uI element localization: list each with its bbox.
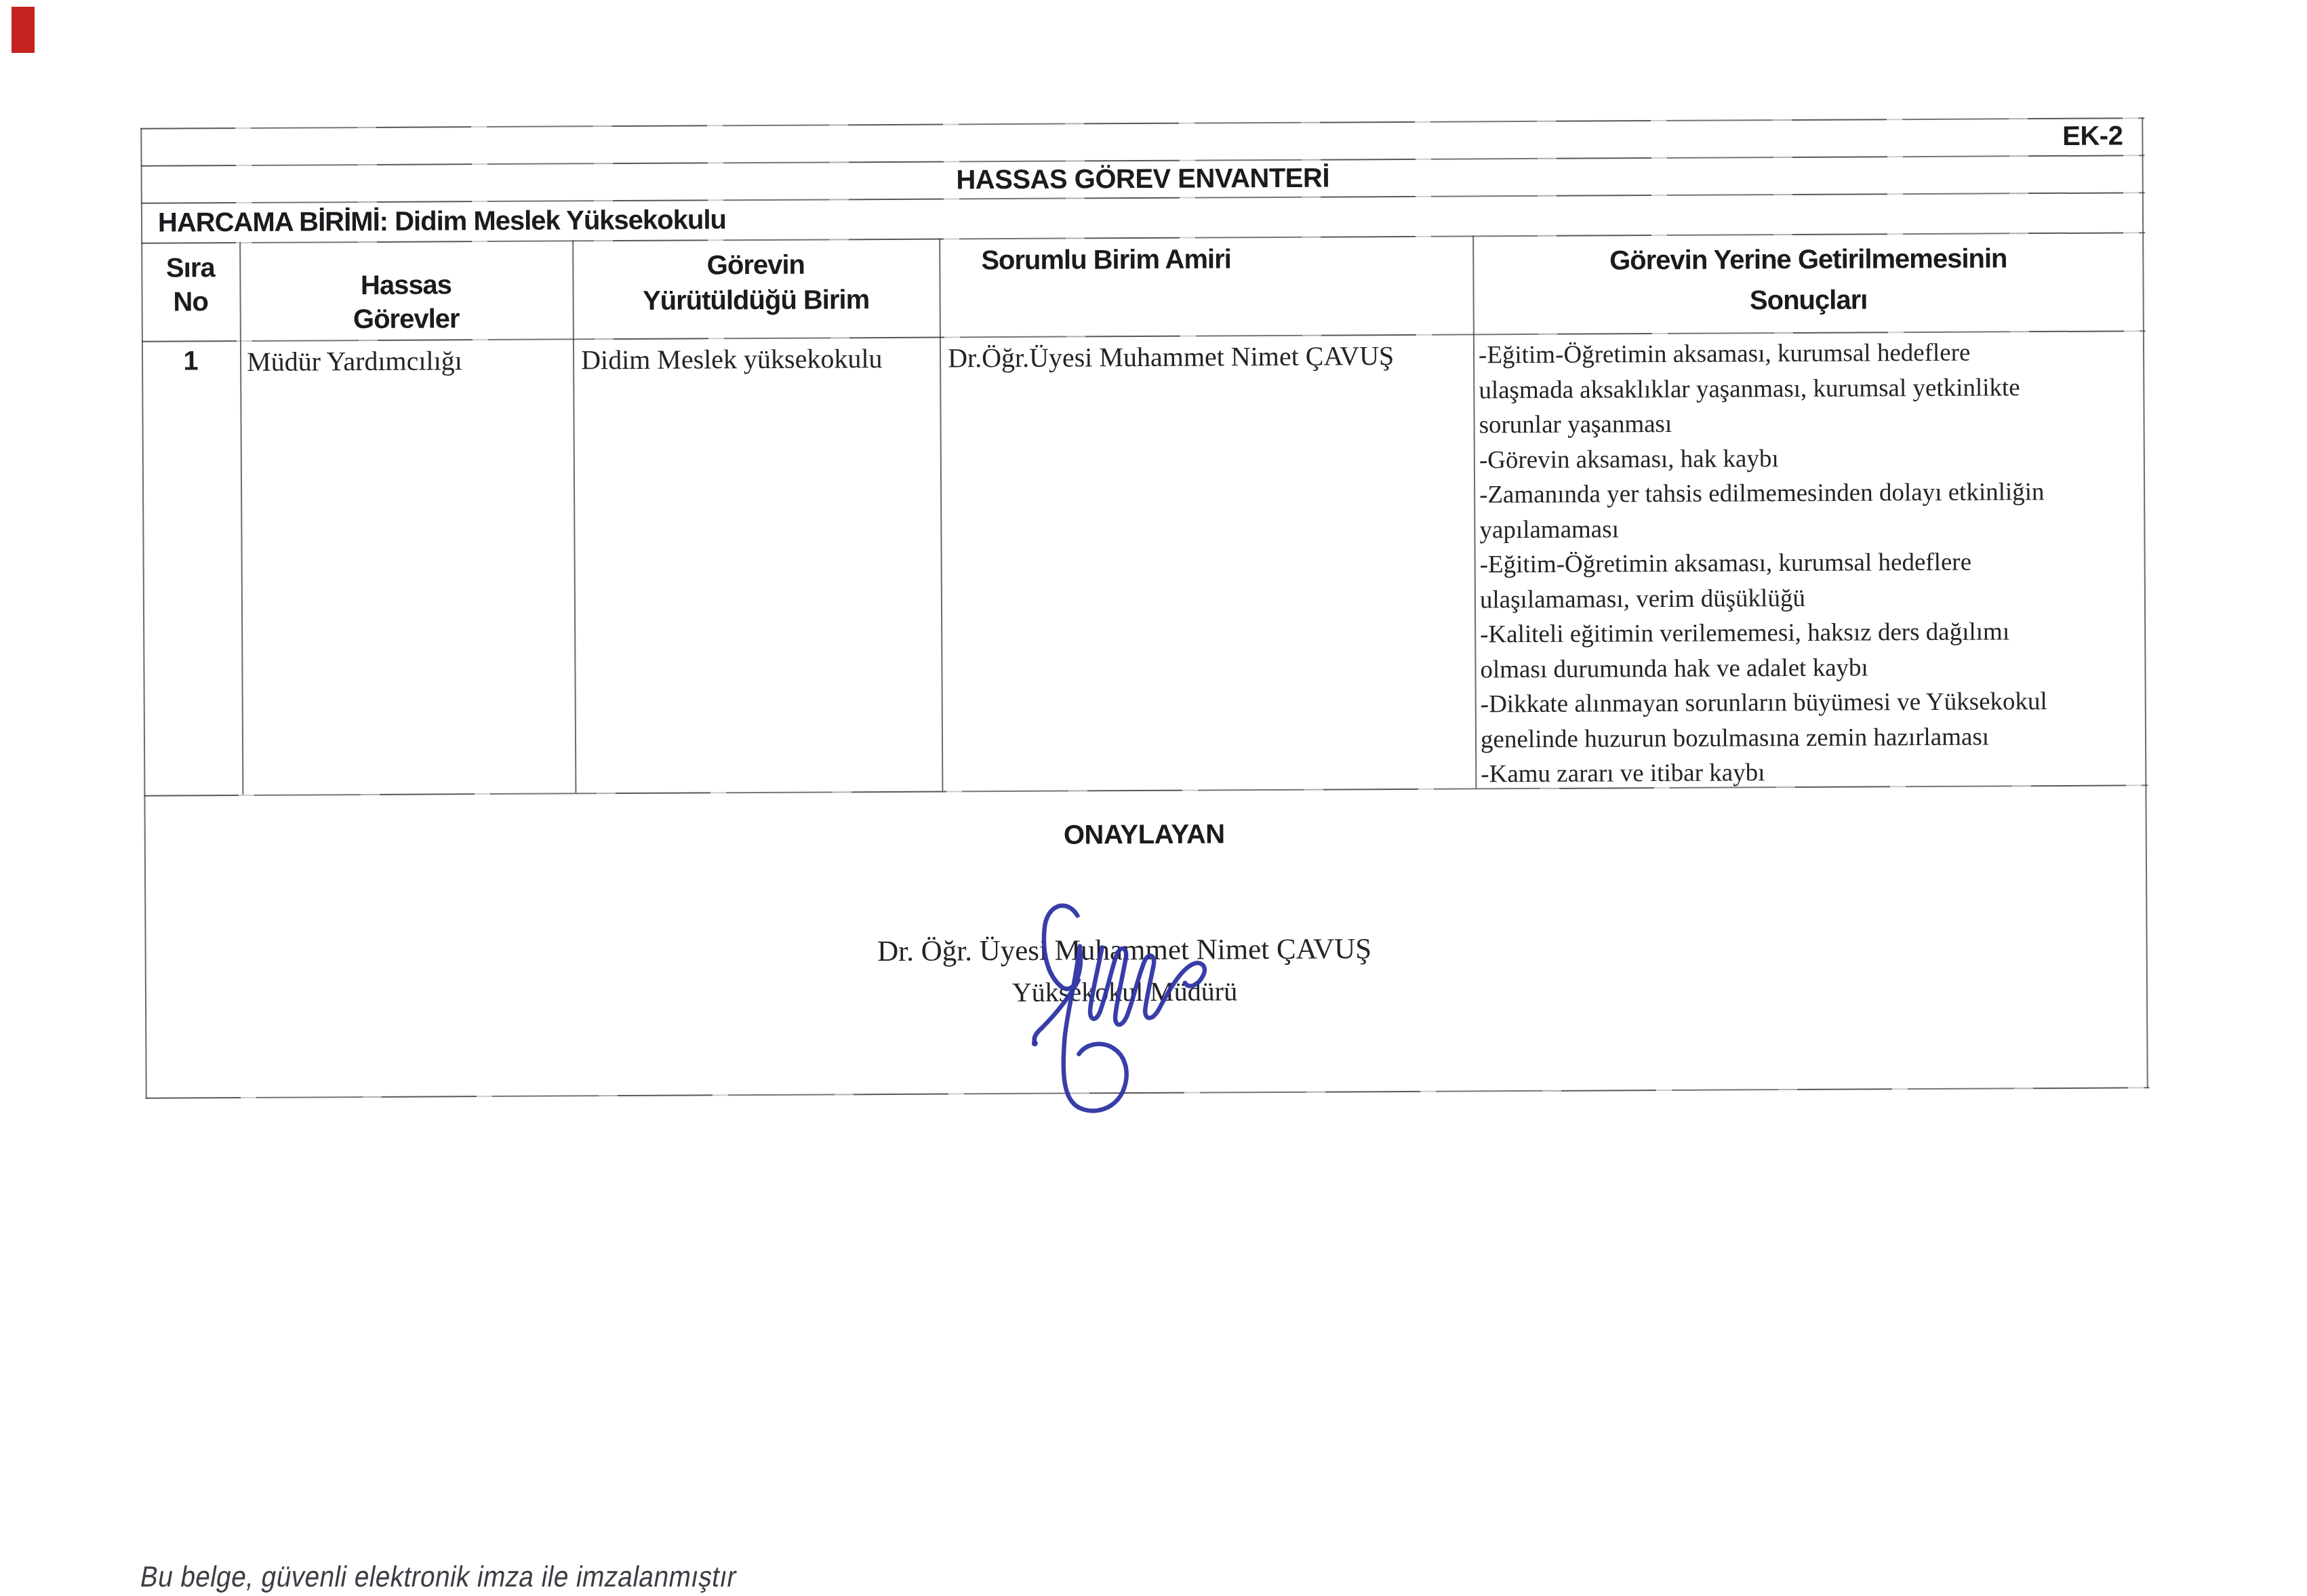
- signature-stroke: [1034, 980, 1079, 1043]
- column-header-sonuclar: Görevin Yerine Getirilmemesinin Sonuçlar…: [1472, 232, 2144, 334]
- hassas-gorev-table: EK-2 HASSAS GÖREV ENVANTERİ HARCAMA BİRİ…: [140, 117, 2149, 1098]
- column-header-line: Hassas: [361, 268, 452, 302]
- column-header-line: Sıra: [166, 251, 215, 285]
- column-header-gorevin-birim: Görevin Yürütüldüğü Birim: [572, 239, 940, 339]
- column-header-hassas-gorevler: Hassas Görevler: [239, 240, 573, 340]
- scanned-document-page: EK-2 HASSAS GÖREV ENVANTERİ HARCAMA BİRİ…: [0, 0, 2307, 1596]
- scan-corner-artifact: [12, 7, 35, 53]
- column-header-line: Sorumlu Birim Amiri: [981, 243, 1231, 276]
- approval-heading: ONAYLAYAN: [738, 818, 1551, 852]
- footer-note: Bu belge, güvenli elektronik imza ile im…: [138, 1561, 740, 1594]
- signature-stroke: [1090, 947, 1205, 1025]
- signature-ink-dot: [1032, 1040, 1038, 1046]
- column-header-line: No: [173, 285, 208, 319]
- cell-amir: Dr.Öğr.Üyesi Muhammet Nimet ÇAVUŞ: [940, 334, 1475, 791]
- column-header-sira-no: Sıra No: [141, 242, 240, 341]
- cell-sonuclar: -Eğitim-Öğretimin aksaması, kurumsal hed…: [1473, 330, 2146, 788]
- cell-hassas-gorev: Müdür Yardımcılığı: [240, 338, 576, 795]
- cell-sira-no: 1: [142, 340, 243, 795]
- column-header-line: Görevler: [353, 302, 460, 336]
- cell-birim: Didim Meslek yüksekokulu: [573, 337, 942, 793]
- column-header-line: Sonuçları: [1750, 279, 1868, 321]
- column-header-line: Görevin: [707, 247, 805, 283]
- column-header-sorumlu-amir: Sorumlu Birim Amiri: [939, 235, 1473, 336]
- column-header-line: Yürütüldüğü Birim: [643, 282, 869, 319]
- column-header-line: Görevin Yerine Getirilmemesinin: [1609, 238, 2007, 281]
- approver-signature: [1015, 891, 1220, 1150]
